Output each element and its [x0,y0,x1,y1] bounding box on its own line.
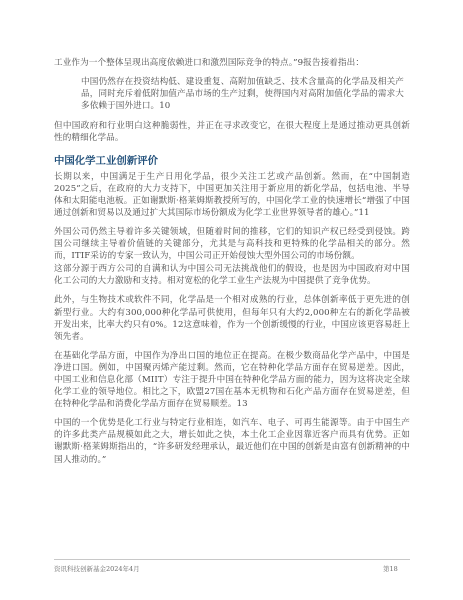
block-quote: 中国仍然存在投资结构低、建设重复、高附加值缺乏、技术含量高的化学品及相关产品，同… [54,76,410,112]
page-number: 第18 [383,564,398,573]
paragraph-made-in-china-2025: 长期以来，中国满足于生产日用化学品，很少关注工艺或产品创新。然而，在“中国制造2… [54,171,410,219]
document-page: 工业作为一个整体呈现出高度依赖进口和激烈国际竞争的特点。”9报告接着指出： 中国… [54,57,410,473]
footer-divider [54,559,410,560]
section-heading: 中国化学工业创新评价 [54,155,410,168]
paragraph-foreign-companies: 外国公司仍然主导着许多关键领域，但随着时间的推移，它们的知识产权已经受到侵蚀。跨… [54,226,410,262]
paragraph-basic-chemicals: 在基础化学品方面，中国作为净出口国的地位正在提高。在极少数商品化学产品中，中国是… [54,350,410,410]
paragraph-industry-linkage: 中国的一个优势是化工行业与特定行业相连，如汽车、电子、可再生能源等。由于中国生产… [54,417,410,465]
paragraph-government-response: 但中国政府和行业明白这种脆弱性，并正在寻求改变它，在很大程度上是通过推动更具创新… [54,120,410,144]
paragraph-mature-industry: 此外，与生物技术或软件不同，化学品是一个相对成熟的行业，总体创新率低于更先进的创… [54,294,410,342]
footer-source: 资讯科技创新基金2024年4月 [54,564,140,573]
paragraph-western-complacency: 这部分源于西方公司的自满和认为中国公司无法挑战他们的假设，也是因为中国政府对中国… [54,263,410,287]
paragraph-intro-continuation: 工业作为一个整体呈现出高度依赖进口和激烈国际竞争的特点。”9报告接着指出： [54,57,410,69]
